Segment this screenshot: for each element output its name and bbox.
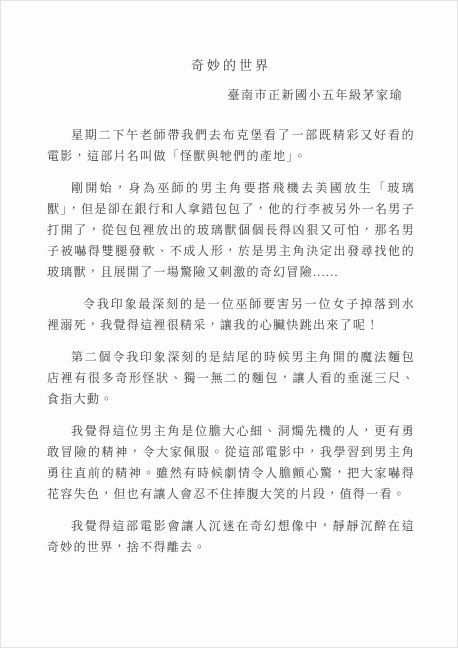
document-page: 奇妙的世界 臺南市正新國小五年級茅家瑜 星期二下午老師帶我們去布克堡看了一部既精… (0, 0, 458, 648)
paragraph-2: 剛開始，身為巫師的男主角要搭飛機去美國放生「玻璃獸」，但是卻在銀行和人拿錯包包了… (47, 178, 415, 283)
document-title: 奇妙的世界 (47, 55, 415, 74)
paragraph-1: 星期二下午老師帶我們去布克堡看了一部既精彩又好看的電影，這部片名叫做「怪獸與牠們… (47, 125, 415, 167)
paragraph-4: 第二個令我印象深刻的是結尾的時候男主角開的魔法麵包店裡有很多奇形怪狀、獨一無二的… (47, 347, 415, 410)
paragraph-3: 令我印象最深刻的是一位巫師要害另一位女子掉落到水裡溺死，我覺得這裡很精采，讓我的… (47, 294, 415, 336)
paragraph-5: 我覺得這位男主角是位膽大心細、洞燭先機的人，更有勇敢冒險的精神，令大家佩服。從這… (47, 421, 415, 505)
paragraph-6: 我覺得這部電影會讓人沉迷在奇幻想像中，靜靜沉醉在這奇妙的世界，捨不得離去。 (47, 516, 415, 558)
document-author-line: 臺南市正新國小五年級茅家瑜 (47, 86, 415, 103)
document-body: 星期二下午老師帶我們去布克堡看了一部既精彩又好看的電影，這部片名叫做「怪獸與牠們… (47, 125, 415, 558)
